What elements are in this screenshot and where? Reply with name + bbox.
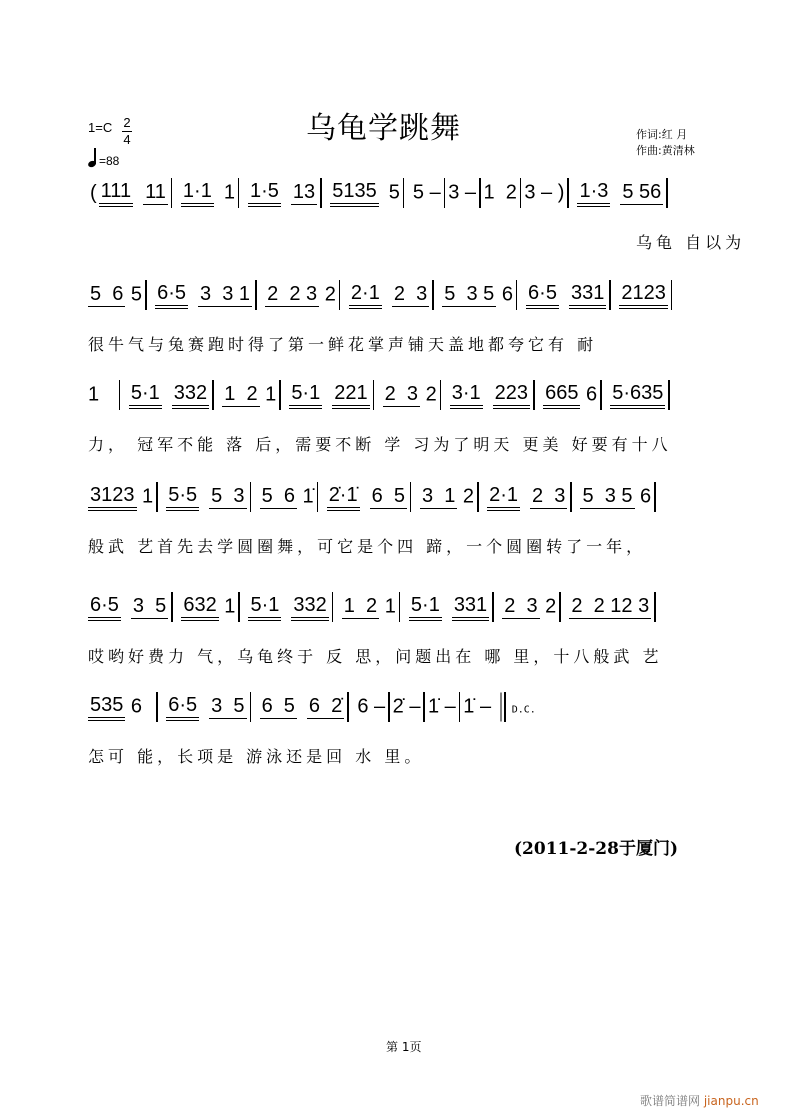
lyrics-line: 般武 艺首先去学圆圈舞，可它是个四 蹄，一个圆圈转了一年，	[88, 534, 748, 557]
key-signature: 1=C	[88, 120, 112, 135]
lyrics-line: 乌龟 自以为	[636, 230, 790, 253]
notation-line: 3123 1 5·55 3 5 6 1̇ 2̇·1̇6 5 3 1 2 2·12…	[88, 482, 748, 522]
score-row-4: 3123 1 5·55 3 5 6 1̇ 2̇·1̇6 5 3 1 2 2·12…	[88, 482, 748, 562]
time-signature-bottom: 4	[122, 133, 132, 147]
notation-line: 6·53 5 632 1 5·1332 1 2 1 5·1331 2 3 2 2…	[88, 592, 748, 632]
watermark-url: jianpu.cn	[704, 1094, 759, 1108]
notation-line: 5 6 5 6·53 3 1 2 2 3 2 2·12 3 5 3 5 6 6·…	[88, 280, 748, 320]
score-row-1: (11111 1·11 1·513 51355 5 –3 –1 23 – ) 1…	[88, 178, 748, 258]
score-row-3: 1 5·1332 1 2 1 5·1221 2 3 2 3·1223 665 6…	[88, 380, 748, 460]
score-row-6: 535 6 6·53 5 6 56 2̇ 6 –2̇ –1̇ –1̇ – D.C…	[88, 692, 748, 772]
credits: 作词:红 月 作曲:黄清林	[636, 127, 695, 159]
page-number: 第 1页	[386, 1038, 421, 1055]
song-title: 乌龟学跳舞	[306, 103, 461, 147]
tempo-value: =88	[99, 154, 119, 168]
quarter-note-icon	[88, 148, 97, 168]
composer: 作曲:黄清林	[636, 143, 695, 159]
watermark: 歌谱简谱网 jianpu.cn	[640, 1092, 759, 1109]
notation-line: (11111 1·11 1·513 51355 5 –3 –1 23 – ) 1…	[88, 178, 748, 218]
tempo-marking: =88	[88, 148, 119, 168]
watermark-cn: 歌谱简谱网	[640, 1094, 700, 1108]
lyrics-line: 怎可 能，长项是 游泳还是回 水 里。	[88, 744, 748, 767]
notation-line: 535 6 6·53 5 6 56 2̇ 6 –2̇ –1̇ –1̇ – D.C…	[88, 692, 748, 732]
final-double-barline	[504, 692, 506, 722]
time-signature-top: 2	[122, 116, 132, 130]
time-signature: 2 4	[122, 116, 132, 147]
date-place: (2011-2-28于厦门)	[514, 834, 678, 859]
lyrics-line: 很牛气与兔赛跑时得了第一鲜花掌声铺天盖地都夸它有 耐	[88, 332, 748, 355]
notation-line: 1 5·1332 1 2 1 5·1221 2 3 2 3·1223 665 6…	[88, 380, 748, 420]
score-row-5: 6·53 5 632 1 5·1332 1 2 1 5·1331 2 3 2 2…	[88, 592, 748, 672]
lyricist: 作词:红 月	[636, 127, 695, 143]
score-row-2: 5 6 5 6·53 3 1 2 2 3 2 2·12 3 5 3 5 6 6·…	[88, 280, 748, 360]
da-capo-mark: D.C.	[512, 704, 536, 715]
lyrics-line: 力， 冠军不能 落 后，需要不断 学 习为了明天 更美 好要有十八	[88, 432, 748, 455]
phrase: (	[88, 182, 99, 205]
lyrics-line: 哎哟好费力 气，乌龟终于 反 思，问题出在 哪 里，十八般武 艺	[88, 644, 748, 667]
